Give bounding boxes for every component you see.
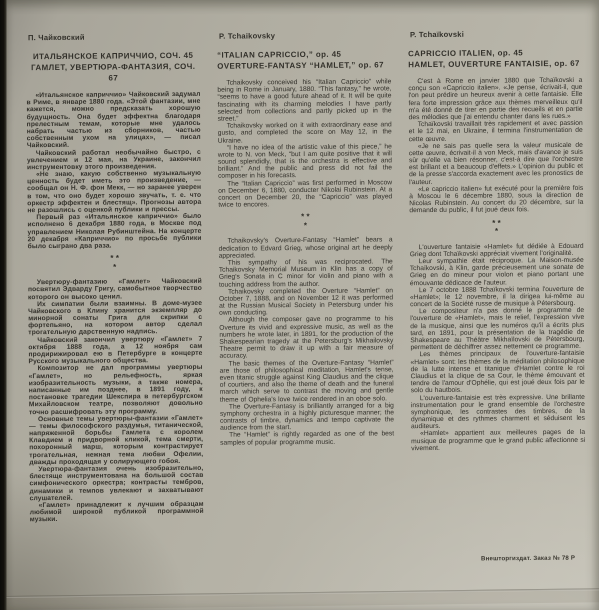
work-title: HAMLET, OUVERTURE FANTAISIE, op. 67 xyxy=(408,58,582,70)
paper-background: П. Чайковский ИТАЛЬЯНСКОЕ КАПРИЧЧИО, СОЧ… xyxy=(6,0,599,610)
column-ru: П. Чайковский ИТАЛЬЯНСКОЕ КАПРИЧЧИО, СОЧ… xyxy=(26,32,204,524)
column-body: C'est à Rome en janvier 1880 que Tchaïko… xyxy=(408,77,585,452)
paragraph: Основные темы увертюры-фантазии «Гамлет»… xyxy=(29,415,203,467)
paragraph: Увертюру-фантазию «Гамлет» Чайковский по… xyxy=(28,278,202,301)
work-title: ГАМЛЕТ, УВЕРТЮРА-ФАНТАЗИЯ, СОЧ. 67 xyxy=(26,61,200,84)
column-fr: P. Tchaïkovski CAPRICCIO ITALIEN, op. 45… xyxy=(408,29,586,521)
paragraph: Le 7 octobre 1888 Tchaïkovski termina l'… xyxy=(410,286,584,309)
page-content: П. Чайковский ИТАЛЬЯНСКОЕ КАПРИЧЧИО, СОЧ… xyxy=(12,0,599,610)
columns: П. Чайковский ИТАЛЬЯНСКОЕ КАПРИЧЧИО, СОЧ… xyxy=(26,29,599,524)
column-titles: “ITALIAN CAPRICCIO,” op. 45OVERTURE-FANT… xyxy=(217,48,391,71)
column-author: П. Чайковский xyxy=(28,32,200,42)
paragraph: Les thèmes principaux de l'ouverture-fan… xyxy=(410,350,584,394)
paragraph: L'ouverture fantaisie «Hamlet» fut dédié… xyxy=(410,242,584,258)
scanned-liner-notes-page: П. Чайковский ИТАЛЬЯНСКОЕ КАПРИЧЧИО, СОЧ… xyxy=(0,0,599,610)
paragraph: Le compositeur n'a pas donné le programm… xyxy=(410,307,584,351)
paragraph: Первый раз «Итальянское каприччио» было … xyxy=(27,213,201,250)
paragraph: Tchaïkovski travaillait très rapidement … xyxy=(409,120,583,143)
paragraph: Leur sympathie était réciproque. La Mais… xyxy=(410,257,584,287)
column-author: P. Tchaikovsky xyxy=(219,30,391,40)
paragraph: Композитор не дал программы увертюры «Га… xyxy=(29,364,203,416)
paragraph: Although the composer gave no programme … xyxy=(219,316,393,360)
column-author: P. Tchaïkovski xyxy=(410,29,582,39)
paragraph: Увертюра-фантазия очень изобразительно, … xyxy=(29,465,203,502)
divider-marks-bottom: * xyxy=(409,227,583,237)
paragraph: C'est à Rome en janvier 1880 que Tchaïko… xyxy=(408,77,582,121)
paragraph: «Je ne sais pas quelle sera la valeur mu… xyxy=(409,142,583,186)
divider-marks-bottom: * xyxy=(28,262,202,272)
column-en: P. Tchaikovsky “ITALIAN CAPRICCIO,” op. … xyxy=(217,30,395,522)
paragraph: L'ouverture-fantaisie est très expressiv… xyxy=(411,393,585,430)
paragraph: Чайковский работал необычайно быстро, с … xyxy=(27,148,201,171)
paragraph: Чайковский закончил увертюру «Гамлет» 7 … xyxy=(28,335,202,365)
paragraph: This sympathy of his was reciprocated. T… xyxy=(219,258,393,288)
paragraph: The basic themes of the Overture-Fantasy… xyxy=(220,359,394,403)
divider-marks-bottom: * xyxy=(218,221,392,231)
paragraph: Tchaikovsky conceived his “Italian Capri… xyxy=(217,78,391,122)
paragraph: The “Italian Capriccio” was first perfor… xyxy=(218,179,392,209)
section-divider: * ** xyxy=(28,254,202,272)
left-edge-shadow xyxy=(0,0,7,610)
paragraph: The “Hamlet” is rightly regarded as one … xyxy=(220,431,394,447)
column-titles: ИТАЛЬЯНСКОЕ КАПРИЧЧИО, СОЧ. 45ГАМЛЕТ, УВ… xyxy=(26,50,200,84)
paragraph: “I have no idea of the artistic value of… xyxy=(218,143,392,180)
paragraph: Их симпатии были взаимны. В доме-музее Ч… xyxy=(28,300,202,337)
paragraph: «Le capriccio italien» fut exécuté pour … xyxy=(409,185,583,215)
paragraph: Tchaikovsky worked on it with extraordin… xyxy=(218,121,392,144)
paragraph: The Overture-Fantasy is brilliantly arra… xyxy=(220,402,394,432)
paragraph: Tchaikovsky completed the Overture “Haml… xyxy=(219,287,393,317)
paragraph: «Hamlet» appartient aux meilleures pages… xyxy=(411,429,585,452)
section-divider: * ** xyxy=(409,218,583,236)
column-body: Tchaikovsky conceived his “Italian Capri… xyxy=(217,78,394,446)
paragraph: «Итальянское каприччио» Чайковский задум… xyxy=(26,91,200,150)
publisher-imprint: Внешторгиздат. Заказ № 78 Р xyxy=(481,555,575,563)
paragraph: «Не знаю, какую собственно музыкальную ц… xyxy=(27,170,201,214)
paragraph: «Гамлет» принадлежит к лучшим образцам л… xyxy=(30,501,204,524)
section-divider: * ** xyxy=(218,213,392,231)
work-title: OVERTURE-FANTASY “HAMLET,” op. 67 xyxy=(217,59,391,71)
paragraph: Tchaikovsky's Overture-Fantasy “Hamlet” … xyxy=(219,237,393,260)
column-body: «Итальянское каприччио» Чайковский задум… xyxy=(26,91,203,524)
column-titles: CAPRICCIO ITALIEN, op. 45HAMLET, OUVERTU… xyxy=(408,47,582,70)
